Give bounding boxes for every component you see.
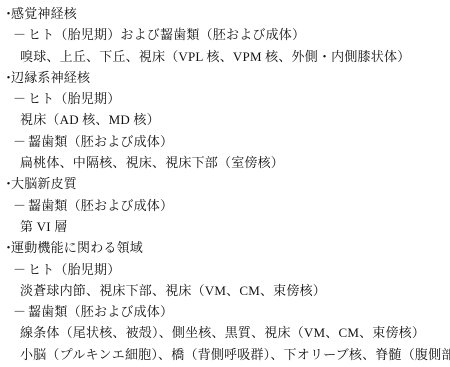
outline-item-text: 感覚神経核 — [11, 3, 77, 24]
outline-item-text: 齧歯類（胚および成体） — [28, 301, 173, 322]
outline-item-text: 齧歯類（胚および成体） — [28, 131, 173, 152]
outline-item-text: 運動機能に関わる領域 — [11, 237, 143, 258]
dash-marker: － — [13, 259, 28, 280]
outline-detail: 線条体（尾状核、被殻）、側坐核、黒質、視床（VM、CM、束傍核） — [0, 322, 450, 343]
outline-item-neocortex: ・ 大脳新皮質 — [0, 173, 450, 194]
dash-marker: － — [13, 131, 28, 152]
outline-item-text: 淡蒼球内節、視床下部、視床（VM、CM、束傍核） — [20, 280, 326, 301]
outline-item-text: 線条体（尾状核、被殻）、側坐核、黒質、視床（VM、CM、束傍核） — [20, 322, 425, 343]
outline-subitem: － 齧歯類（胚および成体） — [0, 195, 450, 216]
outline-item-text: 齧歯類（胚および成体） — [28, 195, 173, 216]
outline-detail: 小脳（プルキンエ細胞）、橋（背側呼吸群）、下オリーブ核、脊髄（腹側部） — [0, 344, 450, 365]
dash-marker: － — [13, 195, 28, 216]
outline-detail: 扁桃体、中隔核、視床、視床下部（室傍核） — [0, 152, 450, 173]
outline-item-text: 辺縁系神経核 — [11, 67, 90, 88]
outline-item-text: 小脳（プルキンエ細胞）、橋（背側呼吸群）、下オリーブ核、脊髄（腹側部） — [20, 344, 450, 365]
outline-detail: 視床（AD 核、MD 核） — [0, 109, 450, 130]
outline-detail: 淡蒼球内節、視床下部、視床（VM、CM、束傍核） — [0, 280, 450, 301]
bullet-marker: ・ — [2, 173, 11, 194]
outline-subitem: － ヒト（胎児期）および齧歯類（胚および成体） — [0, 24, 450, 45]
outline-item-text: 第 VI 層 — [20, 216, 67, 237]
bullet-marker: ・ — [2, 67, 11, 88]
outline-item-text: 扁桃体、中隔核、視床、視床下部（室傍核） — [20, 152, 284, 173]
outline-subitem: － 齧歯類（胚および成体） — [0, 301, 450, 322]
bullet-marker: ・ — [2, 237, 11, 258]
outline-detail: 嗅球、上丘、下丘、視床（VPL 核、VPM 核、外側・内側膝状体） — [0, 46, 450, 67]
outline-item-motor-regions: ・ 運動機能に関わる領域 — [0, 237, 450, 258]
dash-marker: － — [13, 88, 28, 109]
outline-subitem: － 齧歯類（胚および成体） — [0, 131, 450, 152]
outline-item-text: ヒト（胎児期） — [28, 88, 120, 109]
outline-item-text: 嗅球、上丘、下丘、視床（VPL 核、VPM 核、外側・内側膝状体） — [20, 46, 410, 67]
outline-item-text: ヒト（胎児期） — [28, 259, 120, 280]
outline-item-sensory-nuclei: ・ 感覚神経核 — [0, 3, 450, 24]
outline-item-text: 視床（AD 核、MD 核） — [20, 109, 160, 130]
outline-item-limbic-nuclei: ・ 辺縁系神経核 — [0, 67, 450, 88]
outline-item-text: ヒト（胎児期）および齧歯類（胚および成体） — [28, 24, 305, 45]
outline-item-text: 大脳新皮質 — [11, 173, 77, 194]
document-page: ・ 感覚神経核 － ヒト（胎児期）および齧歯類（胚および成体） 嗅球、上丘、下丘… — [0, 0, 450, 367]
dash-marker: － — [13, 301, 28, 322]
outline-detail: 第 VI 層 — [0, 216, 450, 237]
outline-subitem: － ヒト（胎児期） — [0, 259, 450, 280]
outline-subitem: － ヒト（胎児期） — [0, 88, 450, 109]
bullet-marker: ・ — [2, 3, 11, 24]
dash-marker: － — [13, 24, 28, 45]
